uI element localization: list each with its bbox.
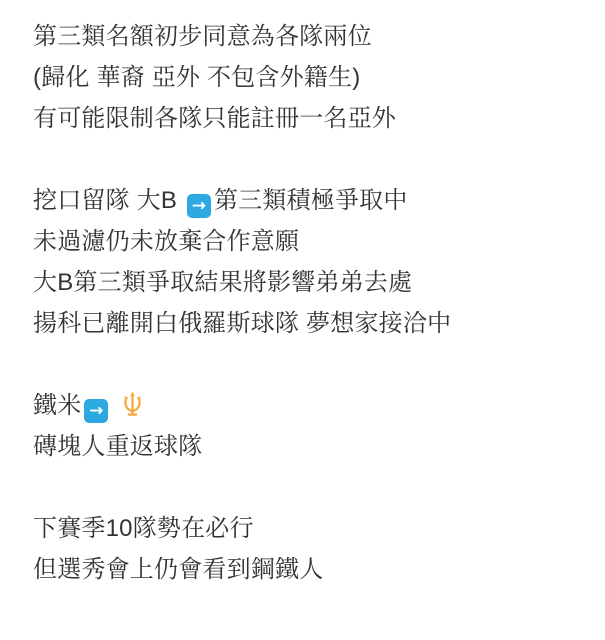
text-run: 揚科已離開白俄羅斯球隊 夢想家接洽中 [33, 310, 451, 337]
text-line: 磚塊人重返球隊 [33, 426, 585, 467]
text-run: 有可能限制各隊只能註冊一名亞外 [33, 105, 396, 132]
post-content: 第三類名額初步同意為各隊兩位(歸化 華裔 亞外 不包含外籍生)有可能限制各隊只能… [0, 0, 605, 590]
text-line: 下賽季10隊勢在必行 [33, 508, 585, 549]
paragraph: 挖口留隊 大B →第三類積極爭取中未過濾仍未放棄合作意願大B第三類爭取結果將影響… [33, 180, 585, 344]
text-run: 但選秀會上仍會看到鋼鐵人 [33, 556, 323, 583]
text-line: 未過濾仍未放棄合作意願 [33, 221, 585, 262]
text-line: 鐵米→ [33, 385, 585, 426]
text-run: 下賽季10隊勢在必行 [33, 515, 254, 542]
text-line: 大B第三類爭取結果將影響弟弟去處 [33, 262, 585, 303]
text-line: 但選秀會上仍會看到鋼鐵人 [33, 549, 585, 590]
text-line: 挖口留隊 大B →第三類積極爭取中 [33, 180, 585, 221]
text-run: (歸化 華裔 亞外 不包含外籍生) [33, 64, 360, 91]
text-run: 第三類名額初步同意為各隊兩位 [33, 23, 372, 50]
text-run: 第三類積極爭取中 [214, 187, 408, 214]
text-line: (歸化 華裔 亞外 不包含外籍生) [33, 57, 585, 98]
text-run: 挖口留隊 大B [33, 187, 184, 214]
paragraph: 第三類名額初步同意為各隊兩位(歸化 華裔 亞外 不包含外籍生)有可能限制各隊只能… [33, 16, 585, 139]
text-run [111, 392, 118, 419]
text-run: 鐵米 [33, 392, 81, 419]
text-line: 揚科已離開白俄羅斯球隊 夢想家接洽中 [33, 303, 585, 344]
trident-emoji [119, 391, 146, 418]
text-line: 有可能限制各隊只能註冊一名亞外 [33, 98, 585, 139]
right-arrow-emoji: → [187, 194, 211, 218]
text-line: 第三類名額初步同意為各隊兩位 [33, 16, 585, 57]
paragraph: 鐵米→ 磚塊人重返球隊 [33, 385, 585, 467]
text-run: 未過濾仍未放棄合作意願 [33, 228, 299, 255]
right-arrow-emoji: → [84, 399, 108, 423]
text-run: 磚塊人重返球隊 [33, 433, 202, 460]
text-run: 大B第三類爭取結果將影響弟弟去處 [33, 269, 412, 296]
paragraph: 下賽季10隊勢在必行但選秀會上仍會看到鋼鐵人 [33, 508, 585, 590]
